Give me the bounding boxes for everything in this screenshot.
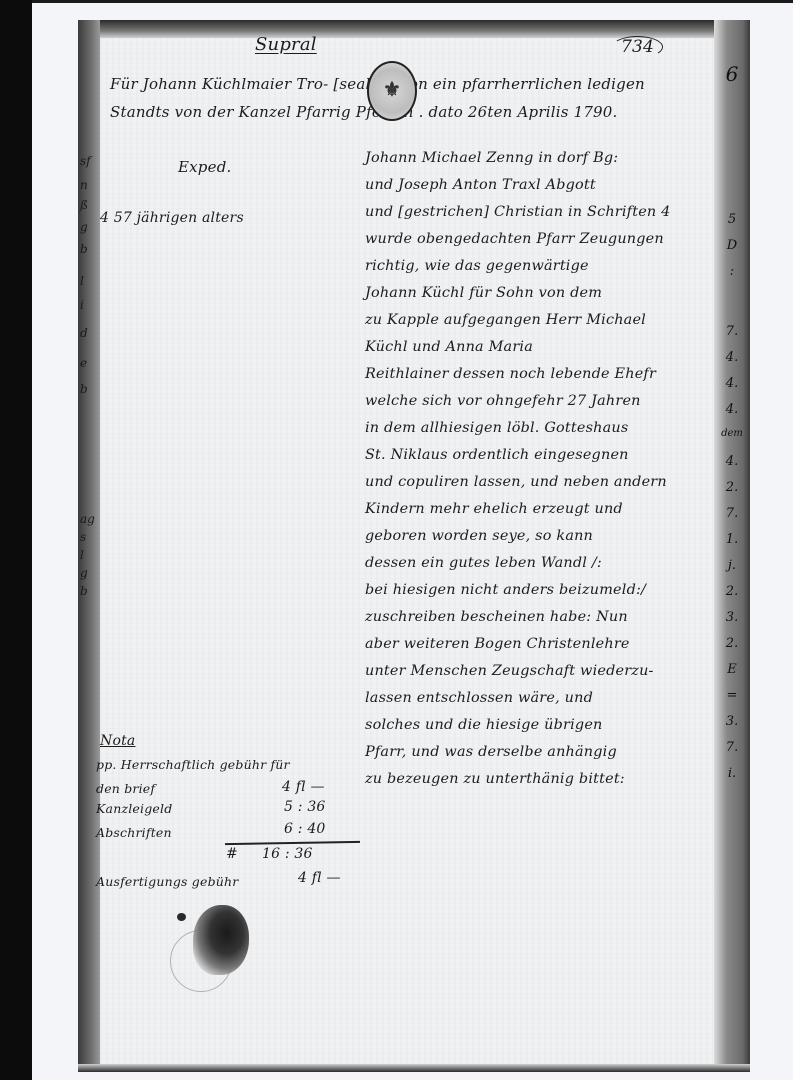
left-margin-mark: d	[80, 322, 98, 352]
left-margin-mark: b	[80, 238, 98, 270]
nota-final-label: Ausfertigungs gebühr	[96, 874, 238, 889]
heading-line-2: Standts von der Kanzel Pfarrig Pforten .…	[110, 103, 618, 121]
left-margin-mark: ag	[80, 508, 98, 526]
nota-line-label: pp. Herrschaftlich gebühr für	[96, 757, 290, 772]
right-margin-notes: 6 5 D : 7. 4. 4. 4. dem 4. 2. 7. 1. j. 2…	[720, 62, 744, 792]
left-margin-mark: b	[80, 580, 98, 598]
scan-top-edge	[32, 0, 793, 3]
left-margin-mark: ß	[80, 194, 98, 216]
body-line: aber weiteren Bogen Christenlehre	[365, 636, 630, 652]
nota-line-amount: 5 : 36	[284, 799, 326, 815]
body-line: wurde obengedachten Pfarr Zeugungen	[365, 231, 664, 247]
nota-line-label: Abschriften	[96, 825, 172, 840]
body-line: und [gestrichen] Christian in Schriften …	[365, 204, 671, 220]
body-line: Johann Michael Zenng in dorf Bg:	[365, 150, 618, 166]
right-margin-mark: 3.	[720, 610, 744, 636]
body-line: unter Menschen Zeugschaft wiederzu-	[365, 663, 654, 679]
right-margin-mark: 7.	[720, 506, 744, 532]
body-line: lassen entschlossen wäre, und	[365, 690, 593, 706]
body-line: St. Niklaus ordentlich eingesegnen	[365, 447, 629, 463]
right-margin-mark: D	[720, 238, 744, 264]
left-margin-mark: n	[80, 174, 98, 194]
nota-line-label: den brief	[96, 781, 155, 796]
right-margin-mark: 7.	[720, 740, 744, 766]
body-line: und Joseph Anton Traxl Abgott	[365, 177, 596, 193]
right-margin-mark: :	[720, 264, 744, 324]
ink-blot	[193, 905, 249, 975]
sheet-top-shadow	[78, 20, 750, 38]
seal-emblem-icon: ⚜	[369, 77, 415, 101]
body-line: und copuliren lassen, und neben andern	[365, 474, 667, 490]
left-margin-mark: l	[80, 544, 98, 562]
nota-total-amount: 16 : 36	[262, 846, 313, 862]
left-margin-mark: e	[80, 352, 98, 378]
nota-total-label: #	[226, 846, 238, 862]
body-line: in dem allhiesigen löbl. Gotteshaus	[365, 420, 628, 436]
body-line: solches und die hiesige übrigen	[365, 717, 603, 733]
right-margin-mark: 5	[720, 212, 744, 238]
left-margin-mark: l	[80, 270, 98, 294]
right-margin-mark: 4.	[720, 454, 744, 480]
left-margin-mark: g	[80, 562, 98, 580]
right-margin-mark: 2.	[720, 480, 744, 506]
right-margin-mark: 4.	[720, 350, 744, 376]
right-margin-mark: dem	[720, 428, 744, 454]
right-margin-mark: 3.	[720, 714, 744, 740]
left-margin-notes: sf n ß g b l i d e b ag s l g b	[80, 150, 98, 598]
folio-number: 734	[612, 36, 663, 58]
ink-dot	[177, 913, 186, 921]
body-line: richtig, wie das gegenwärtige	[365, 258, 589, 274]
right-margin-mark: 2.	[720, 636, 744, 662]
nota-line-label: Kanzleigeld	[96, 801, 172, 816]
document-title: Supral	[255, 34, 317, 55]
sheet-bottom-shadow	[78, 1064, 750, 1072]
right-margin-mark: E	[720, 662, 744, 688]
body-line: zu bezeugen zu unterthänig bittet:	[365, 771, 625, 787]
right-margin-mark: j.	[720, 558, 744, 584]
body-line: Kindern mehr ehelich erzeugt und	[365, 501, 623, 517]
right-margin-mark: 4.	[720, 402, 744, 428]
left-margin-mark: b	[80, 378, 98, 508]
scan-black-edge	[0, 0, 32, 1080]
right-margin-mark: =	[720, 688, 744, 714]
nota-title: Nota	[100, 733, 135, 749]
left-margin-mark: g	[80, 216, 98, 238]
right-margin-mark: 7.	[720, 324, 744, 350]
expedit-note: Exped.	[178, 158, 231, 176]
right-margin-mark: i.	[720, 766, 744, 792]
body-line: zuschreiben bescheinen habe: Nun	[365, 609, 628, 625]
nota-line-amount: 4 fl —	[282, 779, 325, 795]
left-margin-mark: i	[80, 294, 98, 322]
body-line: Johann Küchl für Sohn von dem	[365, 285, 602, 301]
body-line: bei hiesigen nicht anders beizumeld:/	[365, 582, 646, 598]
body-line: geboren worden seye, so kann	[365, 528, 593, 544]
body-line: Küchl und Anna Maria	[365, 339, 533, 355]
seal-stamp: ⚜	[367, 61, 417, 121]
nota-final-amount: 4 fl —	[298, 870, 341, 886]
body-line: dessen ein gutes leben Wandl /:	[365, 555, 602, 571]
right-margin-mark: 1.	[720, 532, 744, 558]
right-margin-mark: 6	[720, 62, 744, 212]
body-line: zu Kapple aufgegangen Herr Michael	[365, 312, 646, 328]
body-line: Pfarr, und was derselbe anhängig	[365, 744, 617, 760]
left-margin-mark: sf	[80, 150, 98, 174]
right-margin-mark: 2.	[720, 584, 744, 610]
right-margin-mark: 4.	[720, 376, 744, 402]
body-line: Reithlainer dessen noch lebende Ehefr	[365, 366, 656, 382]
body-line: welche sich vor ohngefehr 27 Jahren	[365, 393, 641, 409]
age-note: 4 57 jährigen alters	[100, 210, 244, 226]
left-margin-mark: s	[80, 526, 98, 544]
nota-line-amount: 6 : 40	[284, 821, 326, 837]
